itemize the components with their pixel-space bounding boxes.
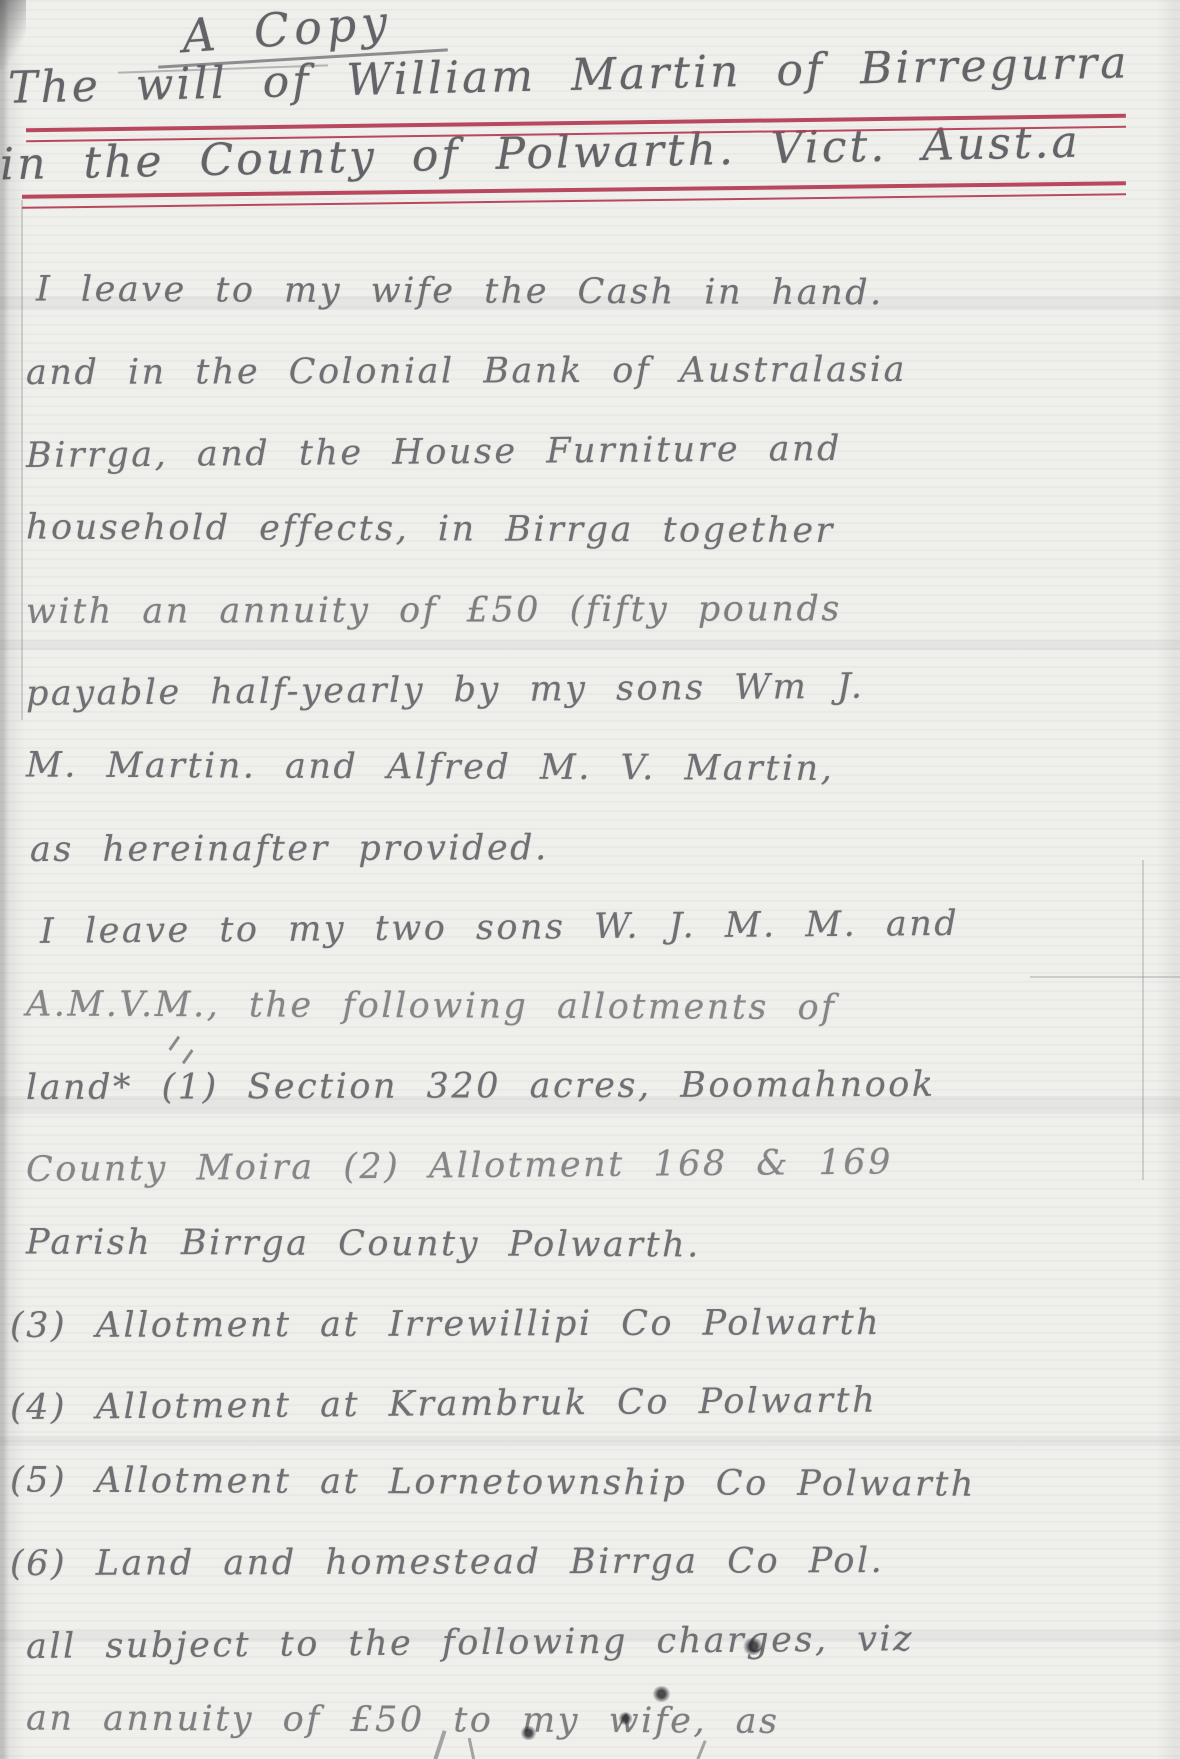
handwritten-line: I leave to my wife the Cash in hand. bbox=[26, 249, 1174, 333]
handwritten-line: (6) Land and homestead Birrga Co Pol. bbox=[10, 1520, 1174, 1603]
handwritten-line: Birrga, and the House Furniture and bbox=[26, 406, 1175, 495]
handwritten-line: A.M.V.M., the following allotments of bbox=[26, 964, 1174, 1048]
handwritten-line: (4) Allotment at Krambruk Co Polwarth bbox=[10, 1358, 1175, 1448]
handwritten-line: Parish Birrga County Polwarth. bbox=[26, 1202, 1174, 1286]
will-body: I leave to my wife the Cash in hand. and… bbox=[26, 252, 1174, 1759]
handwritten-line: land* (1) Section 320 acres, Boomahnook bbox=[26, 1044, 1174, 1127]
handwritten-line: with an annuity of £50 (fifty pounds bbox=[26, 568, 1174, 651]
handwritten-line: and in the Colonial Bank of Australasia bbox=[26, 329, 1174, 412]
handwritten-line: payable half-yearly by my sons Wm J. bbox=[26, 644, 1175, 733]
handwritten-line: all subject to the following charges, vi… bbox=[26, 1597, 1175, 1686]
handwritten-line: (5) Allotment at Lornetownship Co Polwar… bbox=[10, 1440, 1174, 1524]
handwritten-line: as hereinafter provided. bbox=[26, 806, 1174, 889]
handwritten-line: County Moira (2) Allotment 168 & 169 bbox=[26, 1120, 1175, 1209]
handwritten-line: household effects, in Birrga together bbox=[26, 488, 1174, 572]
handwritten-line: an annuity of £50 to my wife, as bbox=[26, 1679, 1174, 1759]
paper-fold-crease bbox=[21, 200, 23, 720]
handwritten-line: (3) Allotment at Irrewillipi Co Polwarth bbox=[10, 1282, 1174, 1365]
handwritten-line: I leave to my two sons W. J. M. M. and bbox=[26, 882, 1175, 971]
will-title-line-2: in the County of Polwarth. Vict. Aust.a bbox=[0, 117, 1081, 191]
handwritten-line: M. Martin. and Alfred M. V. Martin, bbox=[26, 726, 1174, 810]
scan-corner-shadow bbox=[0, 0, 26, 70]
scanned-will-document: A Copy The will of William Martin of Bir… bbox=[0, 0, 1180, 1759]
will-title-line-1: The will of William Martin of Birregurra bbox=[8, 37, 1130, 113]
